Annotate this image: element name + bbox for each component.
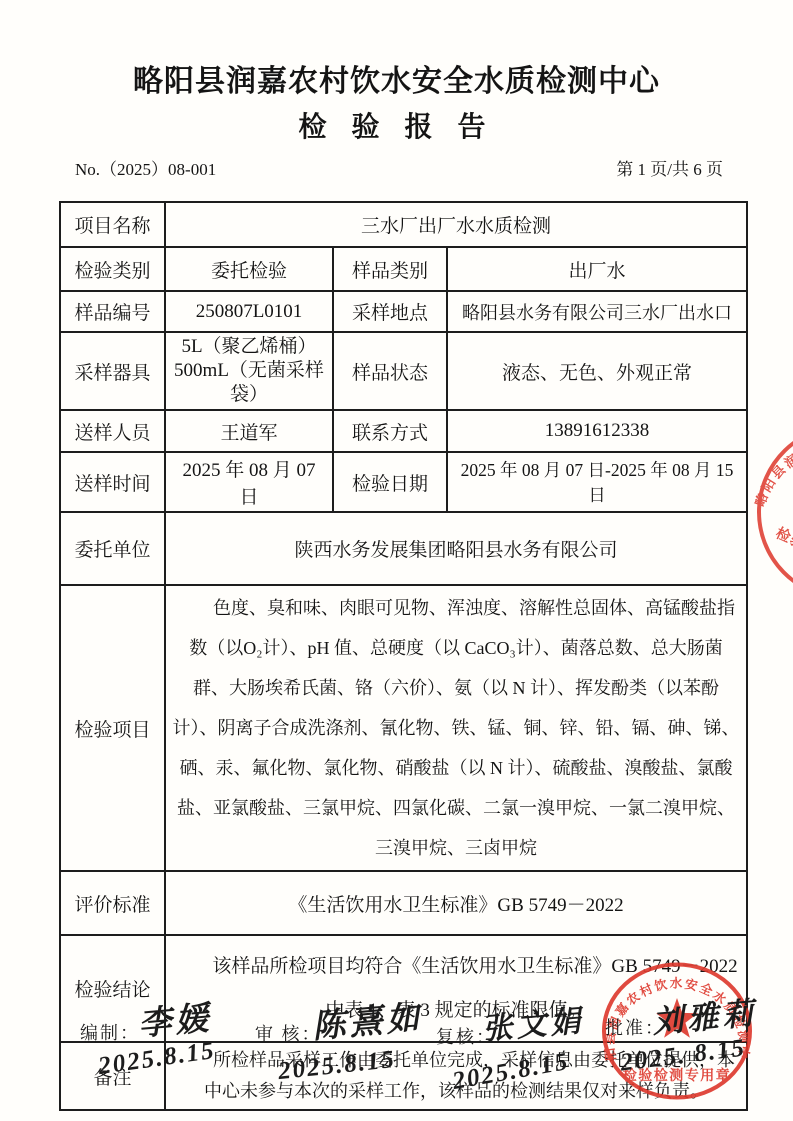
container-line-2: 500mL（无菌采样袋） <box>172 359 326 407</box>
approved-by-signature: 刘雅莉 <box>650 988 759 1042</box>
deliverer-label: 送样人员 <box>60 410 165 452</box>
client-label: 委托单位 <box>60 512 165 585</box>
prepared-by-label: 编制： <box>80 1019 140 1045</box>
sampling-site-value: 略阳县水务有限公司三水厂出水口 <box>447 291 747 332</box>
meta-row: No.（2025）08-001 第 1 页/共 6 页 <box>75 155 723 180</box>
sample-state-value: 液态、无色、外观正常 <box>447 332 747 410</box>
items-value: 色度、臭和味、肉眼可见物、浑浊度、溶解性总固体、高锰酸盐指数（以O₂计）、pH … <box>165 585 747 871</box>
items-text: 色度、臭和味、肉眼可见物、浑浊度、溶解性总固体、高锰酸盐指数（以O₂计）、pH … <box>172 588 740 868</box>
edge-seal-bottom-text: 检验检测专用章 <box>773 524 793 585</box>
row-client: 委托单位 陕西水务发展集团略阳县水务有限公司 <box>60 512 747 585</box>
sample-state-label: 样品状态 <box>333 332 447 410</box>
sampling-container-label: 采样器具 <box>60 332 165 410</box>
report-page: 略阳县润嘉农村饮水安全水质检测中心 检 验 报 告 No.（2025）08-00… <box>0 0 793 1121</box>
reviewed-by-signature: 陈熹如 <box>310 991 425 1047</box>
client-value: 陕西水务发展集团略阳县水务有限公司 <box>165 512 747 585</box>
row-standard: 评价标准 《生活饮用水卫生标准》GB 5749－2022 <box>60 871 747 935</box>
deliverer-value: 王道军 <box>165 410 333 452</box>
row-deliverer: 送样人员 王道军 联系方式 13891612338 <box>60 410 747 452</box>
contact-label: 联系方式 <box>333 410 447 452</box>
inspection-type-label: 检验类别 <box>60 247 165 291</box>
project-name-label: 项目名称 <box>60 202 165 247</box>
standard-value: 《生活饮用水卫生标准》GB 5749－2022 <box>165 871 747 935</box>
project-name-value: 三水厂出厂水水质检测 <box>165 202 747 247</box>
edge-seal-ring-text: 略阳县润嘉农村饮水安全水质检测中心 <box>751 411 793 575</box>
delivery-date-label: 送样时间 <box>60 452 165 512</box>
row-inspection-type: 检验类别 委托检验 样品类别 出厂水 <box>60 247 747 291</box>
org-title: 略阳县润嘉农村饮水安全水质检测中心 <box>0 56 793 100</box>
report-number: No.（2025）08-001 <box>75 155 216 180</box>
row-items: 检验项目 色度、臭和味、肉眼可见物、浑浊度、溶解性总固体、高锰酸盐指数（以O₂计… <box>60 585 747 871</box>
sample-type-label: 样品类别 <box>333 247 447 291</box>
sample-no-label: 样品编号 <box>60 291 165 332</box>
sampling-site-label: 采样地点 <box>333 291 447 332</box>
contact-value: 13891612338 <box>447 410 747 452</box>
container-line-1: 5L（聚乙烯桶） <box>172 335 326 359</box>
sample-type-value: 出厂水 <box>447 247 747 291</box>
edge-seal-border <box>731 400 793 626</box>
sample-no-value: 250807L0101 <box>165 291 333 332</box>
test-date-value: 2025 年 08 月 07 日-2025 年 08 月 15 日 <box>447 452 747 512</box>
row-sample-no: 样品编号 250807L0101 采样地点 略阳县水务有限公司三水厂出水口 <box>60 291 747 332</box>
report-title: 检 验 报 告 <box>0 105 793 145</box>
svg-text:略阳县润嘉农村饮水安全水质检测中心: 略阳县润嘉农村饮水安全水质检测中心 <box>751 411 793 575</box>
row-sampling-container: 采样器具 5L（聚乙烯桶） 500mL（无菌采样袋） 样品状态 液态、无色、外观… <box>60 332 747 410</box>
verified-by-signature: 张文娟 <box>480 996 585 1049</box>
items-label: 检验项目 <box>60 585 165 871</box>
standard-label: 评价标准 <box>60 871 165 935</box>
edge-seal: 略阳县润嘉农村饮水安全水质检测中心 检验检测专用章 <box>730 400 793 630</box>
row-project-name: 项目名称 三水厂出厂水水质检测 <box>60 202 747 247</box>
prepared-by-signature: 李媛 <box>136 992 214 1045</box>
row-dates: 送样时间 2025 年 08 月 07 日 检验日期 2025 年 08 月 0… <box>60 452 747 512</box>
test-date-label: 检验日期 <box>333 452 447 512</box>
delivery-date-value: 2025 年 08 月 07 日 <box>165 452 333 512</box>
inspection-type-value: 委托检验 <box>165 247 333 291</box>
page-indicator: 第 1 页/共 6 页 <box>616 155 723 180</box>
sampling-container-value: 5L（聚乙烯桶） 500mL（无菌采样袋） <box>165 332 333 410</box>
